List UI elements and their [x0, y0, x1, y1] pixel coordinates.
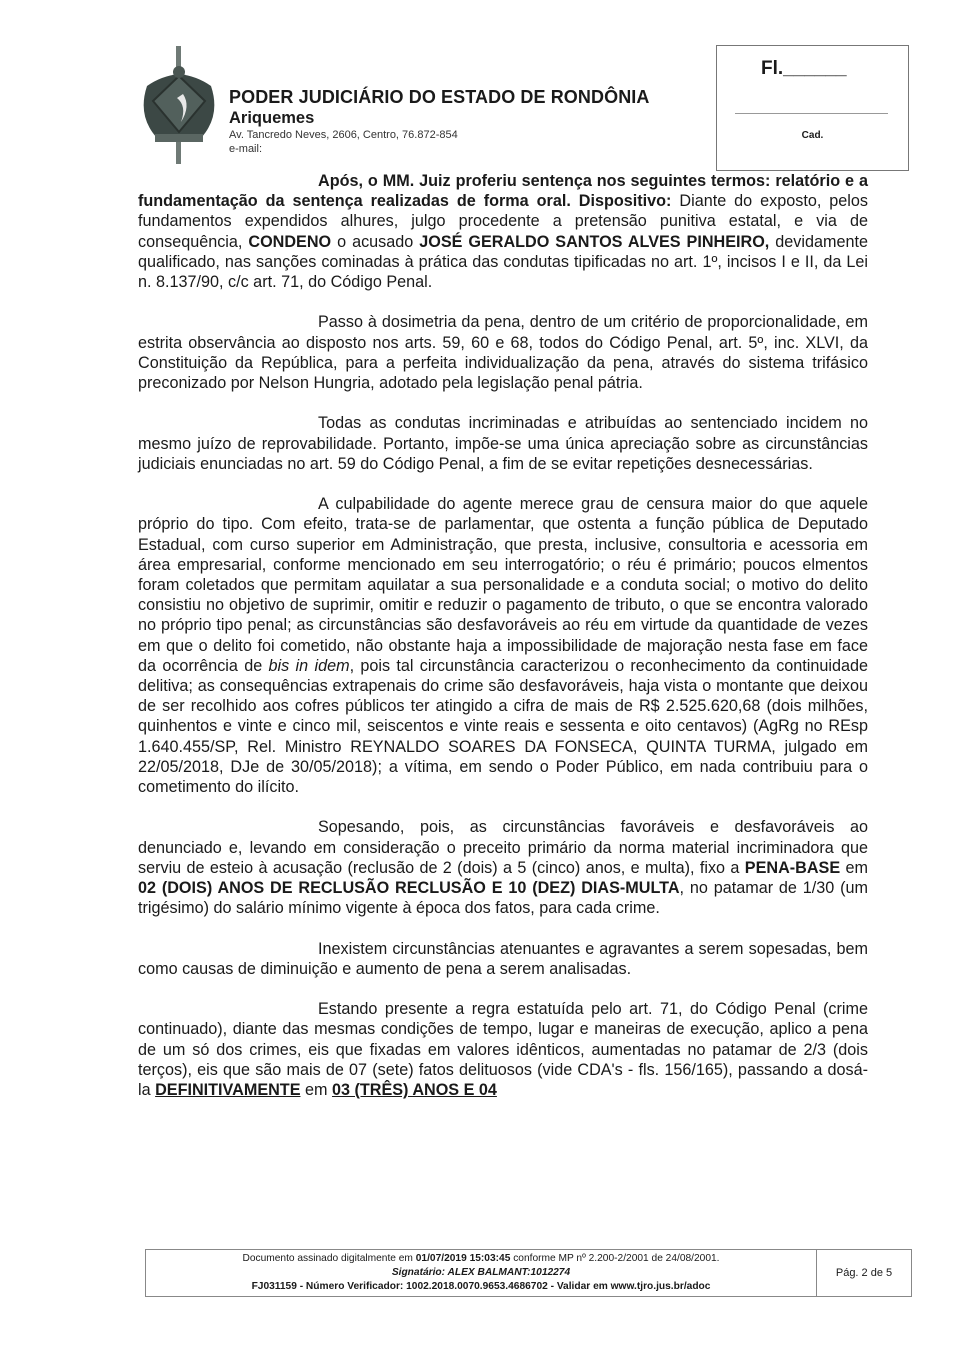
- paragraph-atenuantes: Inexistem circunstâncias atenuantes e ag…: [138, 939, 868, 979]
- paragraph-culpabilidade: A culpabilidade do agente merece grau de…: [138, 494, 868, 797]
- rondonia-coat-of-arms-icon: [137, 46, 221, 164]
- court-name: PODER JUDICIÁRIO DO ESTADO DE RONDÔNIA: [229, 86, 650, 108]
- signature-footer: Documento assinado digitalmente em 01/07…: [145, 1249, 912, 1297]
- text: em: [840, 859, 868, 877]
- header: PODER JUDICIÁRIO DO ESTADO DE RONDÔNIA A…: [229, 86, 650, 156]
- condeno-text: CONDENO: [248, 233, 331, 251]
- page-stamp-box: Fl.______ Cad.: [716, 45, 909, 171]
- verifier-code: FJ031159 - Número Verificador: 1002.2018…: [252, 1281, 711, 1292]
- paragraph-crime-continuado: Estando presente a regra estatuída pelo …: [138, 999, 868, 1100]
- signature-line-1: Documento assinado digitalmente em 01/07…: [146, 1252, 816, 1266]
- paragraph-condutas: Todas as condutas incriminadas e atribuí…: [138, 413, 868, 474]
- signatory: Signatário: ALEX BALMANT:1012274: [146, 1266, 816, 1280]
- page-number: Pág. 2 de 5: [817, 1250, 911, 1296]
- signatory-name: Signatário: ALEX BALMANT:1012274: [392, 1267, 570, 1278]
- paragraph-dosimetria: Passo à dosimetria da pena, dentro de um…: [138, 312, 868, 393]
- text: A culpabilidade do agente merece grau de…: [138, 495, 868, 675]
- document-body: Após, o MM. Juiz proferiu sentença nos s…: [138, 171, 868, 1100]
- signature-line: [735, 113, 888, 114]
- paragraph-dispositivo: Após, o MM. Juiz proferiu sentença nos s…: [138, 171, 868, 292]
- coat-of-arms-logo: [137, 46, 221, 164]
- pena-base-value: 02 (DOIS) ANOS DE RECLUSÃO RECLUSÃO E 10…: [138, 879, 680, 897]
- bis-in-idem: bis in idem: [269, 657, 350, 675]
- text: , pois tal circunstância caracterizou o …: [138, 657, 868, 796]
- final-sentence-text: 03 (TRÊS) ANOS E 04: [332, 1081, 497, 1099]
- defendant-name: JOSÉ GERALDO SANTOS ALVES PINHEIRO,: [419, 233, 769, 251]
- cad-label: Cad.: [717, 130, 908, 141]
- verifier-line: FJ031159 - Número Verificador: 1002.2018…: [146, 1280, 816, 1294]
- fl-label: Fl.______: [761, 58, 847, 80]
- city-name: Ariquemes: [229, 108, 650, 128]
- text: Documento assinado digitalmente em: [242, 1253, 415, 1264]
- email-label: e-mail:: [229, 142, 650, 156]
- paragraph-pena-base: Sopesando, pois, as circunstâncias favor…: [138, 817, 868, 918]
- definitivamente-text: DEFINITIVAMENTE: [155, 1081, 300, 1099]
- text: em: [301, 1081, 332, 1099]
- pena-base-label: PENA-BASE: [745, 859, 840, 877]
- text: o acusado: [331, 233, 419, 251]
- text: conforme MP nº 2.200-2/2001 de 24/08/200…: [510, 1253, 719, 1264]
- court-address: Av. Tancredo Neves, 2606, Centro, 76.872…: [229, 128, 650, 142]
- signature-info: Documento assinado digitalmente em 01/07…: [146, 1250, 817, 1296]
- signature-date: 01/07/2019 15:03:45: [416, 1253, 511, 1264]
